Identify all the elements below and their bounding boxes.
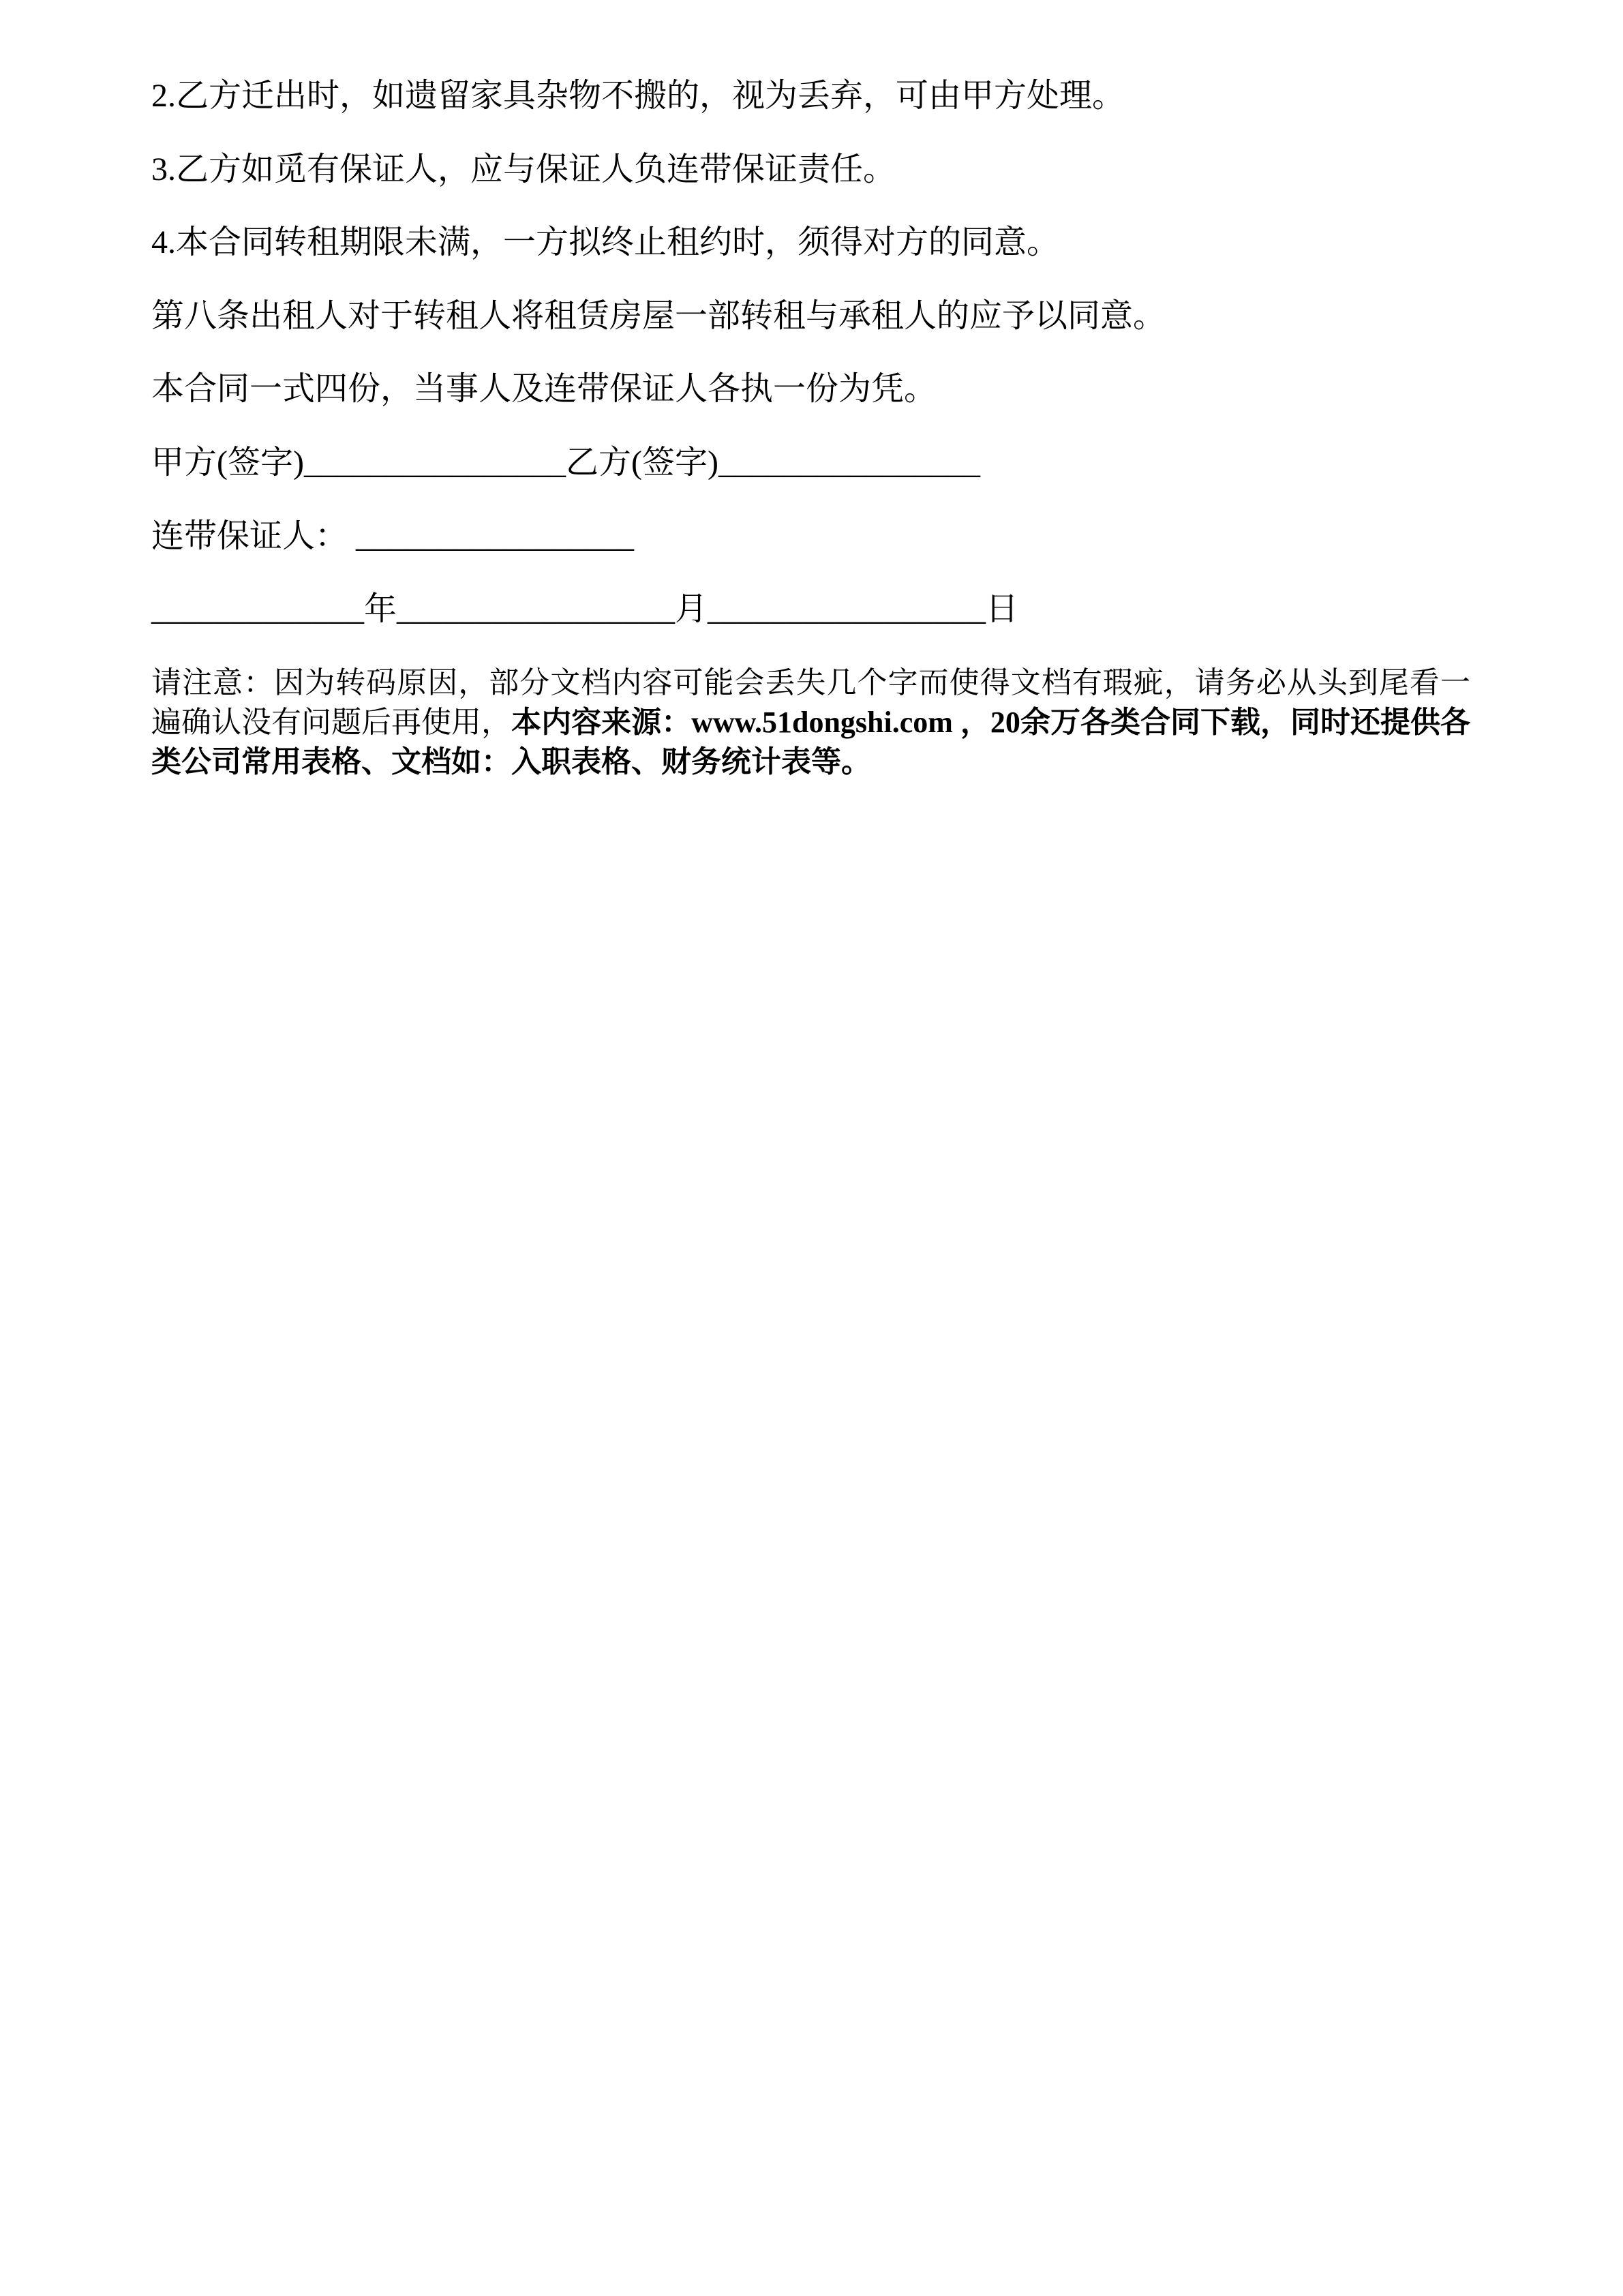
month-label: 月: [675, 591, 708, 627]
guarantor-label: 连带保证人：: [151, 518, 348, 554]
signature-row-date: _____________年_________________月________…: [151, 590, 1470, 629]
date-lead-line: _____________: [151, 591, 364, 627]
month-line: _________________: [708, 591, 986, 627]
year-line: _________________: [397, 591, 675, 627]
signature-row-guarantor: 连带保证人： _________________: [151, 517, 1470, 556]
signature-row-parties: 甲方(签字)________________乙方(签字)____________…: [151, 443, 1470, 483]
contract-clause-3: 3.乙方如觅有保证人，应与保证人负连带保证责任。: [151, 150, 1470, 190]
document-page: 2.乙方迁出时，如遗留家具杂物不搬的，视为丢弃，可由甲方处理。 3.乙方如觅有保…: [0, 0, 1623, 2296]
party-a-signature-label: 甲方(签字): [151, 444, 304, 481]
day-label: 日: [986, 591, 1018, 627]
party-b-signature-label: 乙方(签字): [566, 444, 718, 481]
contract-clause-2: 2.乙方迁出时，如遗留家具杂物不搬的，视为丢弃，可由甲方处理。: [151, 76, 1470, 116]
party-a-signature-line: ________________: [304, 444, 566, 481]
contract-clause-article-8: 第八条出租人对于转租人将租赁房屋一部转租与承租人的应予以同意。: [151, 297, 1470, 336]
guarantor-signature-line: _________________: [348, 518, 634, 554]
year-label: 年: [364, 591, 397, 627]
contract-copies-statement: 本合同一式四份，当事人及连带保证人各执一份为凭。: [151, 369, 1470, 409]
notice-paragraph: 请注意：因为转码原因，部分文档内容可能会丢失几个字而使得文档有瑕疵，请务必从头到…: [151, 663, 1470, 782]
party-b-signature-line: ________________: [718, 444, 980, 481]
contract-clause-4: 4.本合同转租期限未满，一方拟终止租约时，须得对方的同意。: [151, 223, 1470, 262]
